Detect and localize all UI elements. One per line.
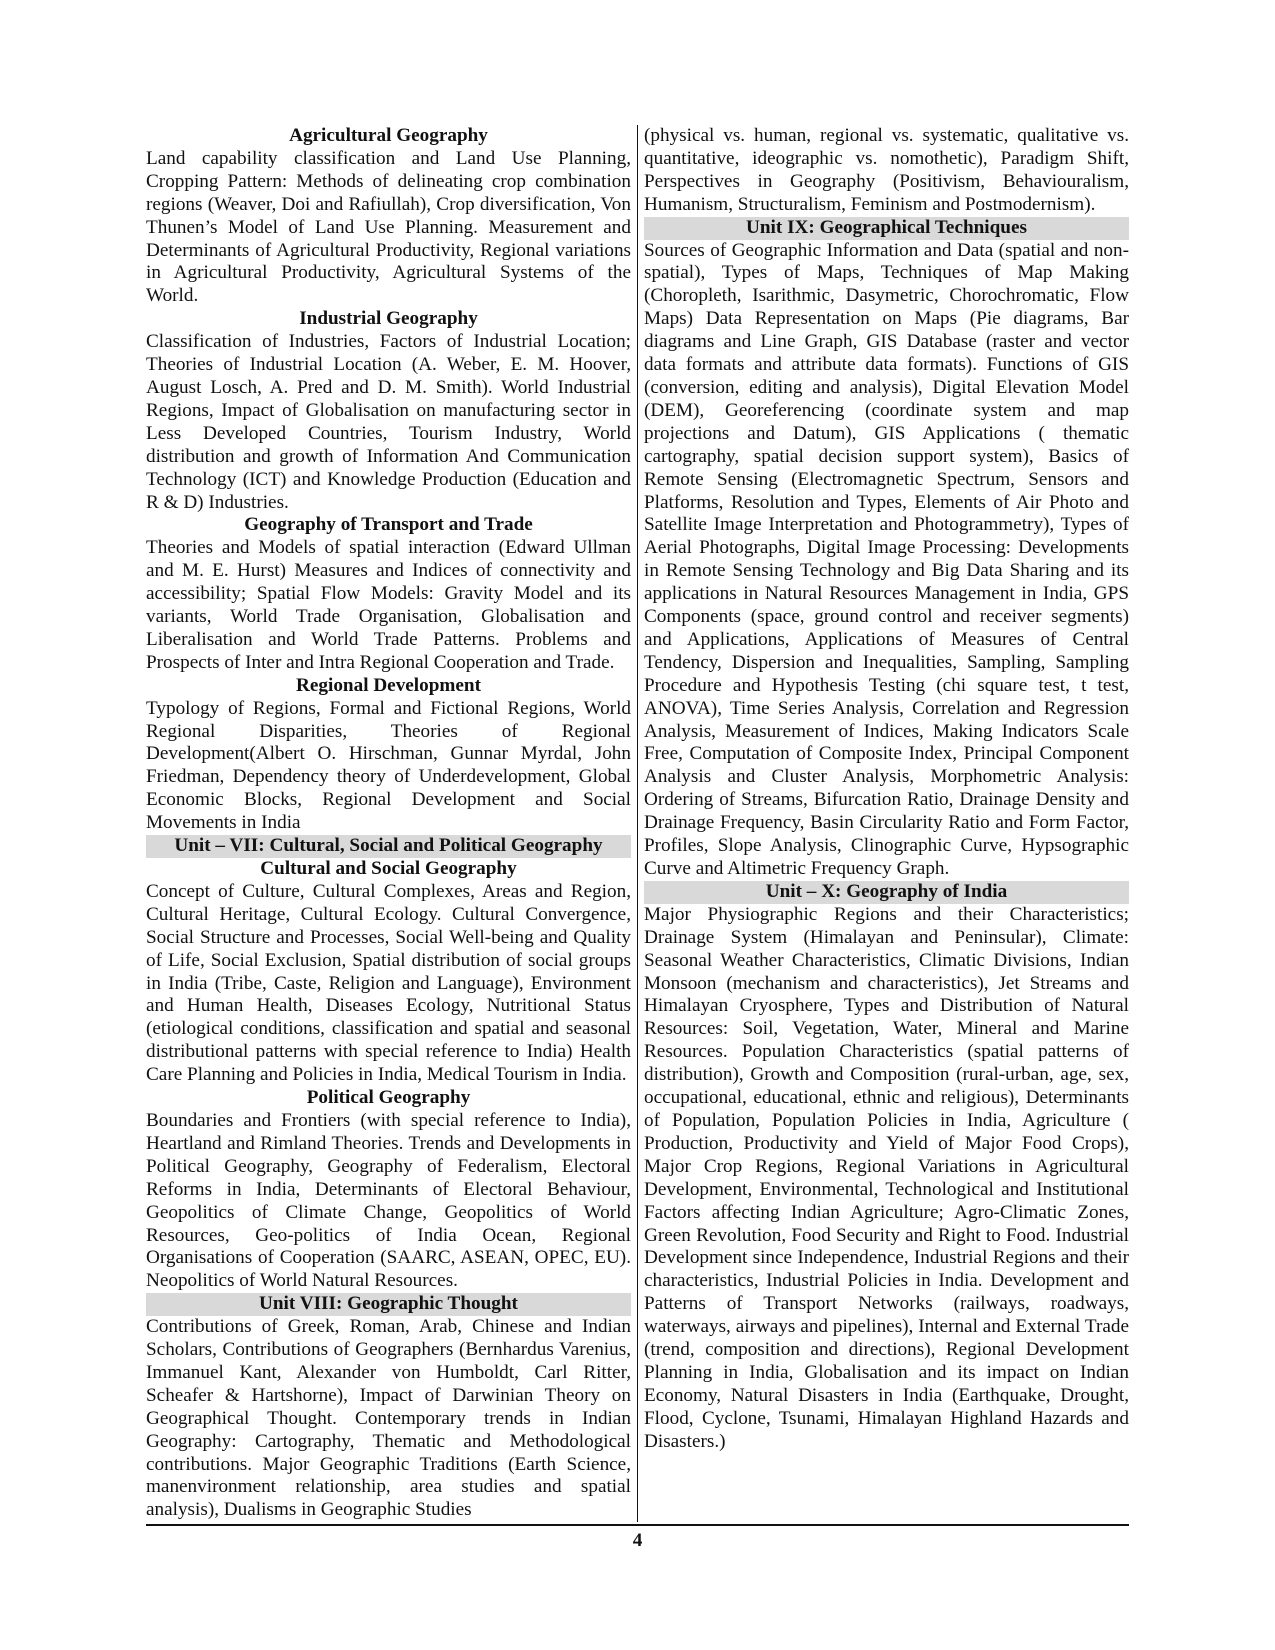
unit-heading-x: Unit – X: Geography of India [644, 881, 1129, 904]
section-text-agricultural-geography: Land capability classification and Land … [146, 148, 631, 308]
section-text-cultural-social-geography: Concept of Culture, Cultural Complexes, … [146, 881, 631, 1087]
right-column: (physical vs. human, regional vs. system… [637, 125, 1129, 1522]
bottom-rule [146, 1524, 1129, 1526]
section-text-geographical-techniques: Sources of Geographic Information and Da… [644, 240, 1129, 881]
section-heading-industrial-geography: Industrial Geography [146, 308, 631, 331]
section-text-political-geography: Boundaries and Frontiers (with special r… [146, 1110, 631, 1293]
document-page: Agricultural Geography Land capability c… [146, 125, 1129, 1553]
section-heading-political-geography: Political Geography [146, 1087, 631, 1110]
section-heading-cultural-social-geography: Cultural and Social Geography [146, 858, 631, 881]
section-heading-agricultural-geography: Agricultural Geography [146, 125, 631, 148]
section-text-regional-development: Typology of Regions, Formal and Fictiona… [146, 698, 631, 835]
section-heading-transport-trade: Geography of Transport and Trade [146, 514, 631, 537]
unit-heading-ix: Unit IX: Geographical Techniques [644, 217, 1129, 240]
unit-heading-viii: Unit VIII: Geographic Thought [146, 1293, 631, 1316]
section-text-geography-of-india: Major Physiographic Regions and their Ch… [644, 904, 1129, 1454]
section-text-geographic-thought: Contributions of Greek, Roman, Arab, Chi… [146, 1316, 631, 1522]
section-text-transport-trade: Theories and Models of spatial interacti… [146, 537, 631, 674]
left-column: Agricultural Geography Land capability c… [146, 125, 637, 1522]
page-number: 4 [146, 1530, 1129, 1553]
two-column-body: Agricultural Geography Land capability c… [146, 125, 1129, 1522]
section-text-industrial-geography: Classification of Industries, Factors of… [146, 331, 631, 514]
section-heading-regional-development: Regional Development [146, 675, 631, 698]
unit-heading-vii: Unit – VII: Cultural, Social and Politic… [146, 835, 631, 858]
section-text-geographic-thought-continued: (physical vs. human, regional vs. system… [644, 125, 1129, 217]
